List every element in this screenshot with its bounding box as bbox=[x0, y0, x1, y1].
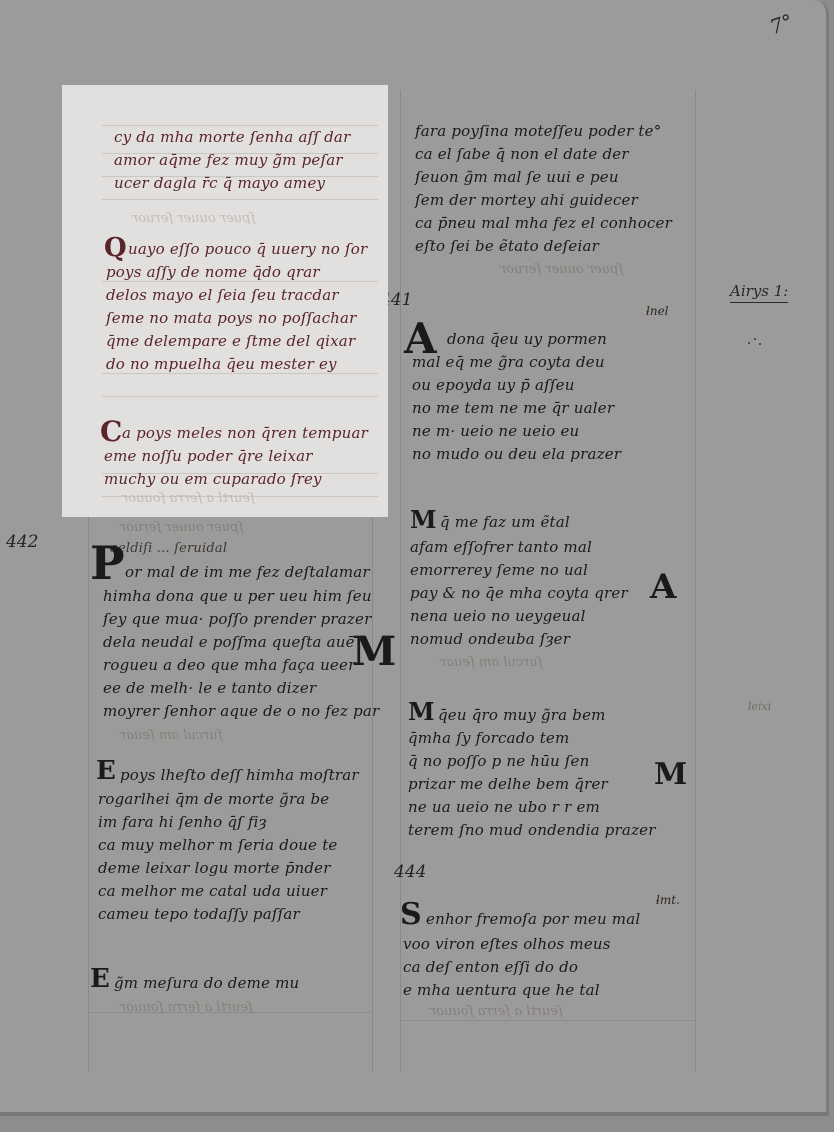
ruling-line bbox=[102, 396, 378, 397]
text-line: eſto ſei be ẽtato deſeiar bbox=[415, 237, 599, 255]
text-line: enhor fremoſa por meu mal bbox=[426, 910, 640, 928]
text-line: cameu tepo todaſſy paſſar bbox=[98, 905, 300, 923]
text-line: aeldiſi ... ſeruidal bbox=[110, 540, 227, 558]
text-line: ca muy melhor m ſeria doue te bbox=[98, 836, 338, 854]
text-line: voo viron eſtes olhos meus bbox=[403, 935, 611, 953]
side-initial: M bbox=[352, 632, 396, 672]
bleed-through-text: ſeurtl a ſerra ſouuor bbox=[430, 1004, 563, 1019]
text-line: rogueu a deo que mha faça ueer bbox=[103, 656, 355, 674]
ruling-line bbox=[102, 125, 378, 126]
text-line: q̄eu q̄ro muy g̃ra bem bbox=[438, 706, 606, 724]
text-line: ca deſ enton eſſi do do bbox=[403, 958, 578, 976]
text-line: ou epoyda uy p̄ aſſeu bbox=[412, 376, 575, 394]
ruling-line bbox=[102, 373, 378, 374]
text-line: g̃m meſura do deme mu bbox=[114, 974, 299, 992]
text-line: afam eſſofrer tanto mal bbox=[410, 538, 592, 556]
bleed-through-text: ſurcul am ſeuar bbox=[440, 655, 542, 670]
text-line: uayo eſſo pouco q̄ uuery no ſor bbox=[128, 240, 367, 258]
text-line: ſeme no mata poys no poſſachar bbox=[106, 309, 357, 327]
ruling-line bbox=[102, 281, 378, 282]
text-line: emorrerey ſeme no ual bbox=[410, 561, 588, 579]
decorated-initial: M bbox=[410, 508, 437, 532]
text-line: ſem der mortey ahi guidecer bbox=[415, 191, 638, 209]
decorated-initial: S bbox=[400, 900, 422, 930]
ink-speck bbox=[748, 342, 750, 344]
text-line: himha dona que u per ueu him ſeu bbox=[103, 587, 372, 605]
decorated-initial: Q bbox=[104, 235, 127, 261]
text-line: ſeuon g̃m mal ſe uui e peu bbox=[415, 168, 619, 186]
text-line: nomud ondeuba ſȝer bbox=[410, 630, 570, 648]
side-initial: M bbox=[654, 760, 687, 790]
highlighted-region: cy da mha morte ſenha aſſ dar amor aq̄me… bbox=[62, 85, 388, 517]
text-line: mal eq̄ me g̃ra coyta deu bbox=[412, 353, 605, 371]
text-line: a poys meles non q̄ren tempuar bbox=[122, 424, 368, 442]
decorated-initial: M bbox=[408, 700, 435, 724]
text-line: eme noſſu poder q̄re leixar bbox=[104, 447, 313, 465]
text-line: ca p̄neu mal mha fez el conhocer bbox=[415, 214, 672, 232]
folio-number: 7° bbox=[767, 9, 797, 39]
decorated-initial: P bbox=[90, 540, 125, 586]
text-line: moyrer ſenhor aque de o no fez par bbox=[103, 702, 379, 720]
bleed-through-text: ſeurtl a ſerra ſouuor bbox=[122, 491, 255, 506]
bleed-through-text: ſpuer ouuer ſeruor bbox=[120, 520, 243, 535]
text-line: q̄me delempare e ſtme del qixar bbox=[106, 332, 355, 350]
text-line: do no mpuelha q̄eu mester ey bbox=[106, 355, 337, 373]
text-line: ca melhor me catal uda uiuer bbox=[98, 882, 327, 900]
text-line: rogarlhei q̄m de morte g̃ra be bbox=[98, 790, 329, 808]
ink-speck bbox=[759, 343, 761, 345]
bleed-through-text: ſurcul am ſeuar bbox=[120, 728, 222, 743]
text-line: q̄mha ſy forcado tem bbox=[408, 729, 569, 747]
text-line: no me tem ne me q̄r ualer bbox=[412, 399, 614, 417]
text-line: delos mayo el ſeia ſeu tracdar bbox=[106, 286, 339, 304]
ruling-line bbox=[695, 90, 696, 1072]
ink-speck bbox=[754, 338, 756, 340]
text-line: nena ueio no ueygeual bbox=[410, 607, 586, 625]
text-line: e mha uentura que he tal bbox=[403, 981, 600, 999]
decorated-initial: E bbox=[90, 966, 110, 992]
text-line: terem ſno mud ondendia prazer bbox=[408, 821, 656, 839]
text-line: ucer dagla r̄c q̄ mayo amey bbox=[114, 174, 325, 192]
column-note-443: ƚnel bbox=[646, 304, 669, 318]
text-line: ne m· ueio ne ueio eu bbox=[412, 422, 579, 440]
text-line: prizar me delhe bem q̄rer bbox=[408, 775, 608, 793]
margin-note-right: Airys 1: bbox=[730, 282, 788, 303]
poem-number-444: 444 bbox=[394, 862, 426, 882]
text-line: pay & no q̄e mha coyta qrer bbox=[410, 584, 628, 602]
decorated-initial: E bbox=[96, 758, 116, 784]
bleed-through-text: ſpuer ouuer ſeruor bbox=[500, 262, 623, 277]
bleed-through-text: ſpuer ouuer ſeruor bbox=[132, 211, 255, 226]
ruling-line bbox=[88, 1012, 372, 1013]
text-line: q̄ me faz um ẽtal bbox=[440, 513, 570, 531]
poem-number-442: 442 bbox=[6, 532, 38, 552]
text-line: cy da mha morte ſenha aſſ dar bbox=[114, 128, 350, 146]
text-line: poys lheſto deſſ himha moſtrar bbox=[120, 766, 359, 784]
column-note-444: ƚmt. bbox=[656, 893, 680, 907]
decorated-initial: C bbox=[100, 418, 122, 446]
text-line: dona q̄eu uy pormen bbox=[447, 330, 607, 348]
text-line: dela neudal e poſſma queſta auē bbox=[103, 633, 355, 651]
text-line: ne ua ueio ne ubo r r em bbox=[408, 798, 600, 816]
text-line: ca el ſabe q̄ non el date der bbox=[415, 145, 629, 163]
text-line: muchy ou em cuparado ſrey bbox=[104, 470, 322, 488]
text-line: im fara hi ſenho q̄ſ fiȝ bbox=[98, 813, 267, 831]
text-line: q̄ no poſſo p ne hūu ſen bbox=[408, 752, 589, 770]
text-line: deme leixar logu morte p̄nder bbox=[98, 859, 331, 877]
text-line: ee de melh· le e tanto dizer bbox=[103, 679, 316, 697]
side-initial: A bbox=[650, 570, 676, 604]
text-line: fara poyſina moteſſeu poder te° bbox=[415, 122, 661, 140]
margin-note-faint: leixi bbox=[748, 700, 771, 713]
ruling-line bbox=[400, 1020, 695, 1021]
text-line: poys aſſy de nome q̄do qrar bbox=[106, 263, 320, 281]
text-line: ſey que mua· poſſo prender prazer bbox=[103, 610, 371, 628]
text-line: or mal de im me fez deſtalamar bbox=[125, 563, 370, 581]
ruling-line bbox=[102, 199, 378, 200]
text-line: no mudo ou deu ela prazer bbox=[412, 445, 621, 463]
text-line: amor aq̄me fez muy g̃m peſar bbox=[114, 151, 343, 169]
